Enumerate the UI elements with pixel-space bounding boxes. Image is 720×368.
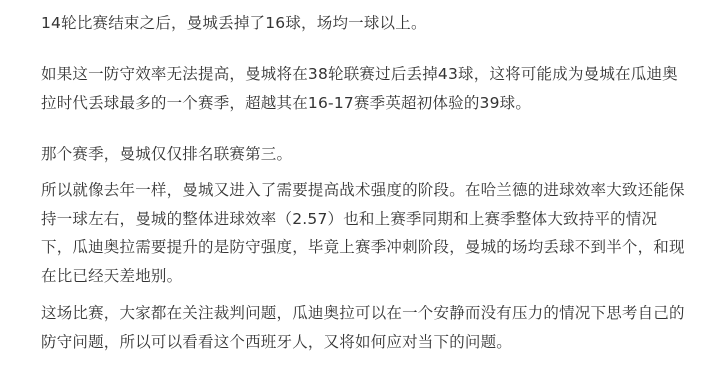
paragraph-line: 拉时代丢球最多的一个赛季，超越其在16-17赛季英超初体验的39球。 [41, 89, 678, 118]
paragraph-line: 那个赛季，曼城仅仅排名联赛第三。 [41, 140, 292, 169]
paragraph-line: 这场比赛，大家都在关注裁判问题，瓜迪奥拉可以在一个安静而没有压力的情况下思考自己… [41, 299, 685, 328]
paragraph-line: 14轮比赛结束之后，曼城丢掉了16球，场均一球以上。 [41, 9, 427, 38]
paragraph-line: 下，瓜迪奥拉需要提升的是防守强度，毕竟上赛季冲刺阶段，曼城的场均丢球不到半个，和… [41, 233, 685, 262]
paragraph-line: 持一球左右，曼城的整体进球效率（2.57）也和上赛季同期和上赛季整体大致持平的情… [41, 205, 685, 234]
paragraph-tactical-intensity: 所以就像去年一样，曼城又进入了需要提高战术强度的阶段。在哈兰德的进球效率大致还能… [41, 176, 685, 290]
paragraph-that-season: 那个赛季，曼城仅仅排名联赛第三。 [41, 140, 292, 169]
paragraph-line: 如果这一防守效率无法提高，曼城将在38轮联赛过后丢掉43球，这将可能成为曼城在瓜… [41, 60, 678, 89]
paragraph-line: 所以就像去年一样，曼城又进入了需要提高战术强度的阶段。在哈兰德的进球效率大致还能… [41, 176, 685, 205]
paragraph-line: 防守问题，所以可以看看这个西班牙人，又将如何应对当下的问题。 [41, 328, 685, 357]
paragraph-referee-issue: 这场比赛，大家都在关注裁判问题，瓜迪奥拉可以在一个安静而没有压力的情况下思考自己… [41, 299, 685, 356]
paragraph-goals-conceded: 14轮比赛结束之后，曼城丢掉了16球，场均一球以上。 [41, 9, 427, 38]
paragraph-line: 在比已经天差地别。 [41, 262, 685, 291]
paragraph-defensive-projection: 如果这一防守效率无法提高，曼城将在38轮联赛过后丢掉43球，这将可能成为曼城在瓜… [41, 60, 678, 117]
